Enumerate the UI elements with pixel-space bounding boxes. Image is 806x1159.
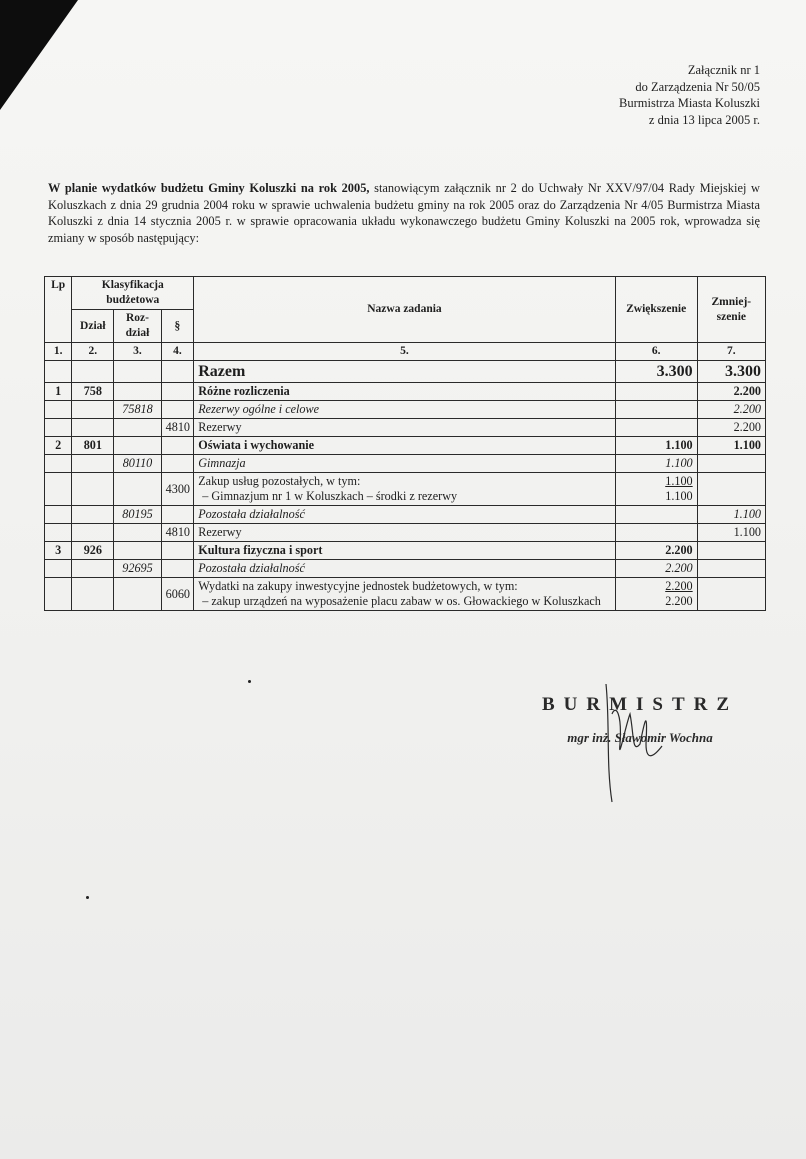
cell-decrease	[697, 455, 765, 473]
task-name: Wydatki na zakupy inwestycyjne jednostek…	[198, 579, 610, 594]
task-name: Pozostała działalność	[198, 561, 610, 576]
header-paragraph: §	[161, 310, 194, 343]
cell-increase	[615, 419, 697, 437]
cell-lp	[45, 506, 72, 524]
increase-subvalue: 1.100	[620, 489, 693, 504]
cell-rozdzial	[114, 383, 161, 401]
cell-decrease: 1.100	[697, 437, 765, 455]
header-classification: Klasyfikacja budżetowa	[72, 277, 194, 310]
table-row: 4810Rezerwy2.200	[45, 419, 766, 437]
cell-rozdzial	[114, 419, 161, 437]
colnum-5: 5.	[194, 343, 615, 361]
cell-name: Rezerwy	[194, 419, 615, 437]
cell-lp: 2	[45, 437, 72, 455]
cell-name: Gimnazja	[194, 455, 615, 473]
colnum-4: 4.	[161, 343, 194, 361]
table-row: 6060Wydatki na zakupy inwestycyjne jedno…	[45, 578, 766, 611]
cell-decrease	[697, 560, 765, 578]
increase-value: 1.100	[620, 456, 693, 471]
total-label: Razem	[194, 361, 615, 383]
cell-name: Różne rozliczenia	[194, 383, 615, 401]
handwritten-signature-icon	[596, 684, 676, 804]
cell-paragraph	[161, 437, 194, 455]
cell-name: Kultura fizyczna i sport	[194, 542, 615, 560]
attachment-date: z dnia 13 lipca 2005 r.	[619, 112, 760, 129]
colnum-1: 1.	[45, 343, 72, 361]
cell-increase: 1.100	[615, 455, 697, 473]
cell-dzial: 801	[72, 437, 114, 455]
table-row: 75818Rezerwy ogólne i celowe2.200	[45, 401, 766, 419]
cell-dzial: 758	[72, 383, 114, 401]
cell-paragraph	[161, 383, 194, 401]
cell-dzial	[72, 560, 114, 578]
cell-name: Oświata i wychowanie	[194, 437, 615, 455]
cell-rozdzial	[114, 524, 161, 542]
cell-dzial: 926	[72, 542, 114, 560]
intro-paragraph: W planie wydatków budżetu Gminy Koluszki…	[48, 180, 760, 246]
cell-lp: 3	[45, 542, 72, 560]
cell-paragraph	[161, 560, 194, 578]
task-name: Pozostała działalność	[198, 507, 610, 522]
cell-dzial	[72, 473, 114, 506]
cell-decrease: 2.200	[697, 383, 765, 401]
attachment-ordinance: do Zarządzenia Nr 50/05	[619, 79, 760, 96]
cell-paragraph	[161, 542, 194, 560]
cell-rozdzial	[114, 578, 161, 611]
total-decrease: 3.300	[697, 361, 765, 383]
cell-rozdzial: 92695	[114, 560, 161, 578]
attachment-header: Załącznik nr 1 do Zarządzenia Nr 50/05 B…	[619, 62, 760, 128]
cell-rozdzial	[114, 473, 161, 506]
task-name: Oświata i wychowanie	[198, 438, 610, 453]
cell-name: Wydatki na zakupy inwestycyjne jednostek…	[194, 578, 615, 611]
cell-increase	[615, 524, 697, 542]
colnum-3: 3.	[114, 343, 161, 361]
increase-value: 1.100	[620, 438, 693, 453]
cell-rozdzial: 80195	[114, 506, 161, 524]
cell-dzial	[72, 578, 114, 611]
table-row: 80110Gimnazja1.100	[45, 455, 766, 473]
cell-paragraph	[161, 401, 194, 419]
cell-dzial	[72, 455, 114, 473]
cell-paragraph: 6060	[161, 578, 194, 611]
cell-increase: 2.2002.200	[615, 578, 697, 611]
cell-paragraph	[161, 455, 194, 473]
cell-dzial	[72, 524, 114, 542]
cell-decrease: 1.100	[697, 506, 765, 524]
task-subitem: – zakup urządzeń na wyposażenie placu za…	[198, 594, 610, 609]
cell-lp	[45, 401, 72, 419]
cell-name: Rezerwy ogólne i celowe	[194, 401, 615, 419]
cell-decrease	[697, 473, 765, 506]
table-row: 2801Oświata i wychowanie1.1001.100	[45, 437, 766, 455]
total-par	[161, 361, 194, 383]
table-row: 92695Pozostała działalność2.200	[45, 560, 766, 578]
attachment-number: Załącznik nr 1	[619, 62, 760, 79]
increase-subvalue: 2.200	[620, 594, 693, 609]
cell-decrease	[697, 578, 765, 611]
cell-name: Zakup usług pozostałych, w tym:– Gimnazj…	[194, 473, 615, 506]
increase-value: 1.100	[620, 474, 693, 489]
table-row: 1758Różne rozliczenia2.200	[45, 383, 766, 401]
header-decrease: Zmniej-szenie	[697, 277, 765, 343]
cell-lp	[45, 524, 72, 542]
cell-rozdzial	[114, 437, 161, 455]
increase-value: 2.200	[620, 579, 693, 594]
cell-dzial	[72, 401, 114, 419]
cell-increase: 2.200	[615, 560, 697, 578]
table-row: 4300Zakup usług pozostałych, w tym:– Gim…	[45, 473, 766, 506]
task-name: Rezerwy ogólne i celowe	[198, 402, 610, 417]
task-name: Rezerwy	[198, 525, 610, 540]
cell-paragraph: 4810	[161, 524, 194, 542]
cell-paragraph: 4810	[161, 419, 194, 437]
attachment-issuer: Burmistrza Miasta Koluszki	[619, 95, 760, 112]
column-numbers-row: 1. 2. 3. 4. 5. 6. 7.	[45, 343, 766, 361]
cell-lp	[45, 455, 72, 473]
cell-decrease: 1.100	[697, 524, 765, 542]
header-rozdzial: Roz-dział	[114, 310, 161, 343]
table-row: 80195Pozostała działalność1.100	[45, 506, 766, 524]
cell-lp	[45, 419, 72, 437]
cell-decrease: 2.200	[697, 401, 765, 419]
cell-lp	[45, 473, 72, 506]
header-dzial: Dział	[72, 310, 114, 343]
total-rozdzial	[114, 361, 161, 383]
colnum-6: 6.	[615, 343, 697, 361]
header-lp: Lp	[45, 277, 72, 343]
cell-increase	[615, 506, 697, 524]
total-lp	[45, 361, 72, 383]
cell-decrease: 2.200	[697, 419, 765, 437]
cell-rozdzial	[114, 542, 161, 560]
header-increase: Zwiększenie	[615, 277, 697, 343]
task-name: Gimnazja	[198, 456, 610, 471]
cell-increase	[615, 401, 697, 419]
signature-block: BURMISTRZ mgr inż. Sławomir Wochna	[540, 694, 740, 746]
cell-name: Pozostała działalność	[194, 506, 615, 524]
cell-paragraph: 4300	[161, 473, 194, 506]
task-subitem: – Gimnazjum nr 1 w Koluszkach – środki z…	[198, 489, 610, 504]
scan-corner-shadow	[0, 0, 78, 110]
total-increase: 3.300	[615, 361, 697, 383]
total-row: Razem 3.300 3.300	[45, 361, 766, 383]
cell-dzial	[72, 506, 114, 524]
colnum-7: 7.	[697, 343, 765, 361]
increase-value: 2.200	[620, 543, 693, 558]
cell-lp: 1	[45, 383, 72, 401]
cell-increase: 2.200	[615, 542, 697, 560]
task-name: Zakup usług pozostałych, w tym:	[198, 474, 610, 489]
budget-table: Lp Klasyfikacja budżetowa Nazwa zadania …	[44, 276, 766, 611]
total-dzial	[72, 361, 114, 383]
cell-increase: 1.100	[615, 437, 697, 455]
intro-bold: W planie wydatków budżetu Gminy Koluszki…	[48, 181, 370, 195]
task-name: Kultura fizyczna i sport	[198, 543, 610, 558]
task-name: Rezerwy	[198, 420, 610, 435]
header-name: Nazwa zadania	[194, 277, 615, 343]
scan-speck	[248, 680, 251, 683]
table-row: 3926Kultura fizyczna i sport2.200	[45, 542, 766, 560]
cell-name: Rezerwy	[194, 524, 615, 542]
task-name: Różne rozliczenia	[198, 384, 610, 399]
cell-name: Pozostała działalność	[194, 560, 615, 578]
cell-increase	[615, 383, 697, 401]
cell-rozdzial: 75818	[114, 401, 161, 419]
cell-increase: 1.1001.100	[615, 473, 697, 506]
table-row: 4810Rezerwy1.100	[45, 524, 766, 542]
cell-decrease	[697, 542, 765, 560]
cell-rozdzial: 80110	[114, 455, 161, 473]
colnum-2: 2.	[72, 343, 114, 361]
cell-dzial	[72, 419, 114, 437]
increase-value: 2.200	[620, 561, 693, 576]
cell-lp	[45, 560, 72, 578]
scan-speck	[86, 896, 89, 899]
cell-lp	[45, 578, 72, 611]
cell-paragraph	[161, 506, 194, 524]
